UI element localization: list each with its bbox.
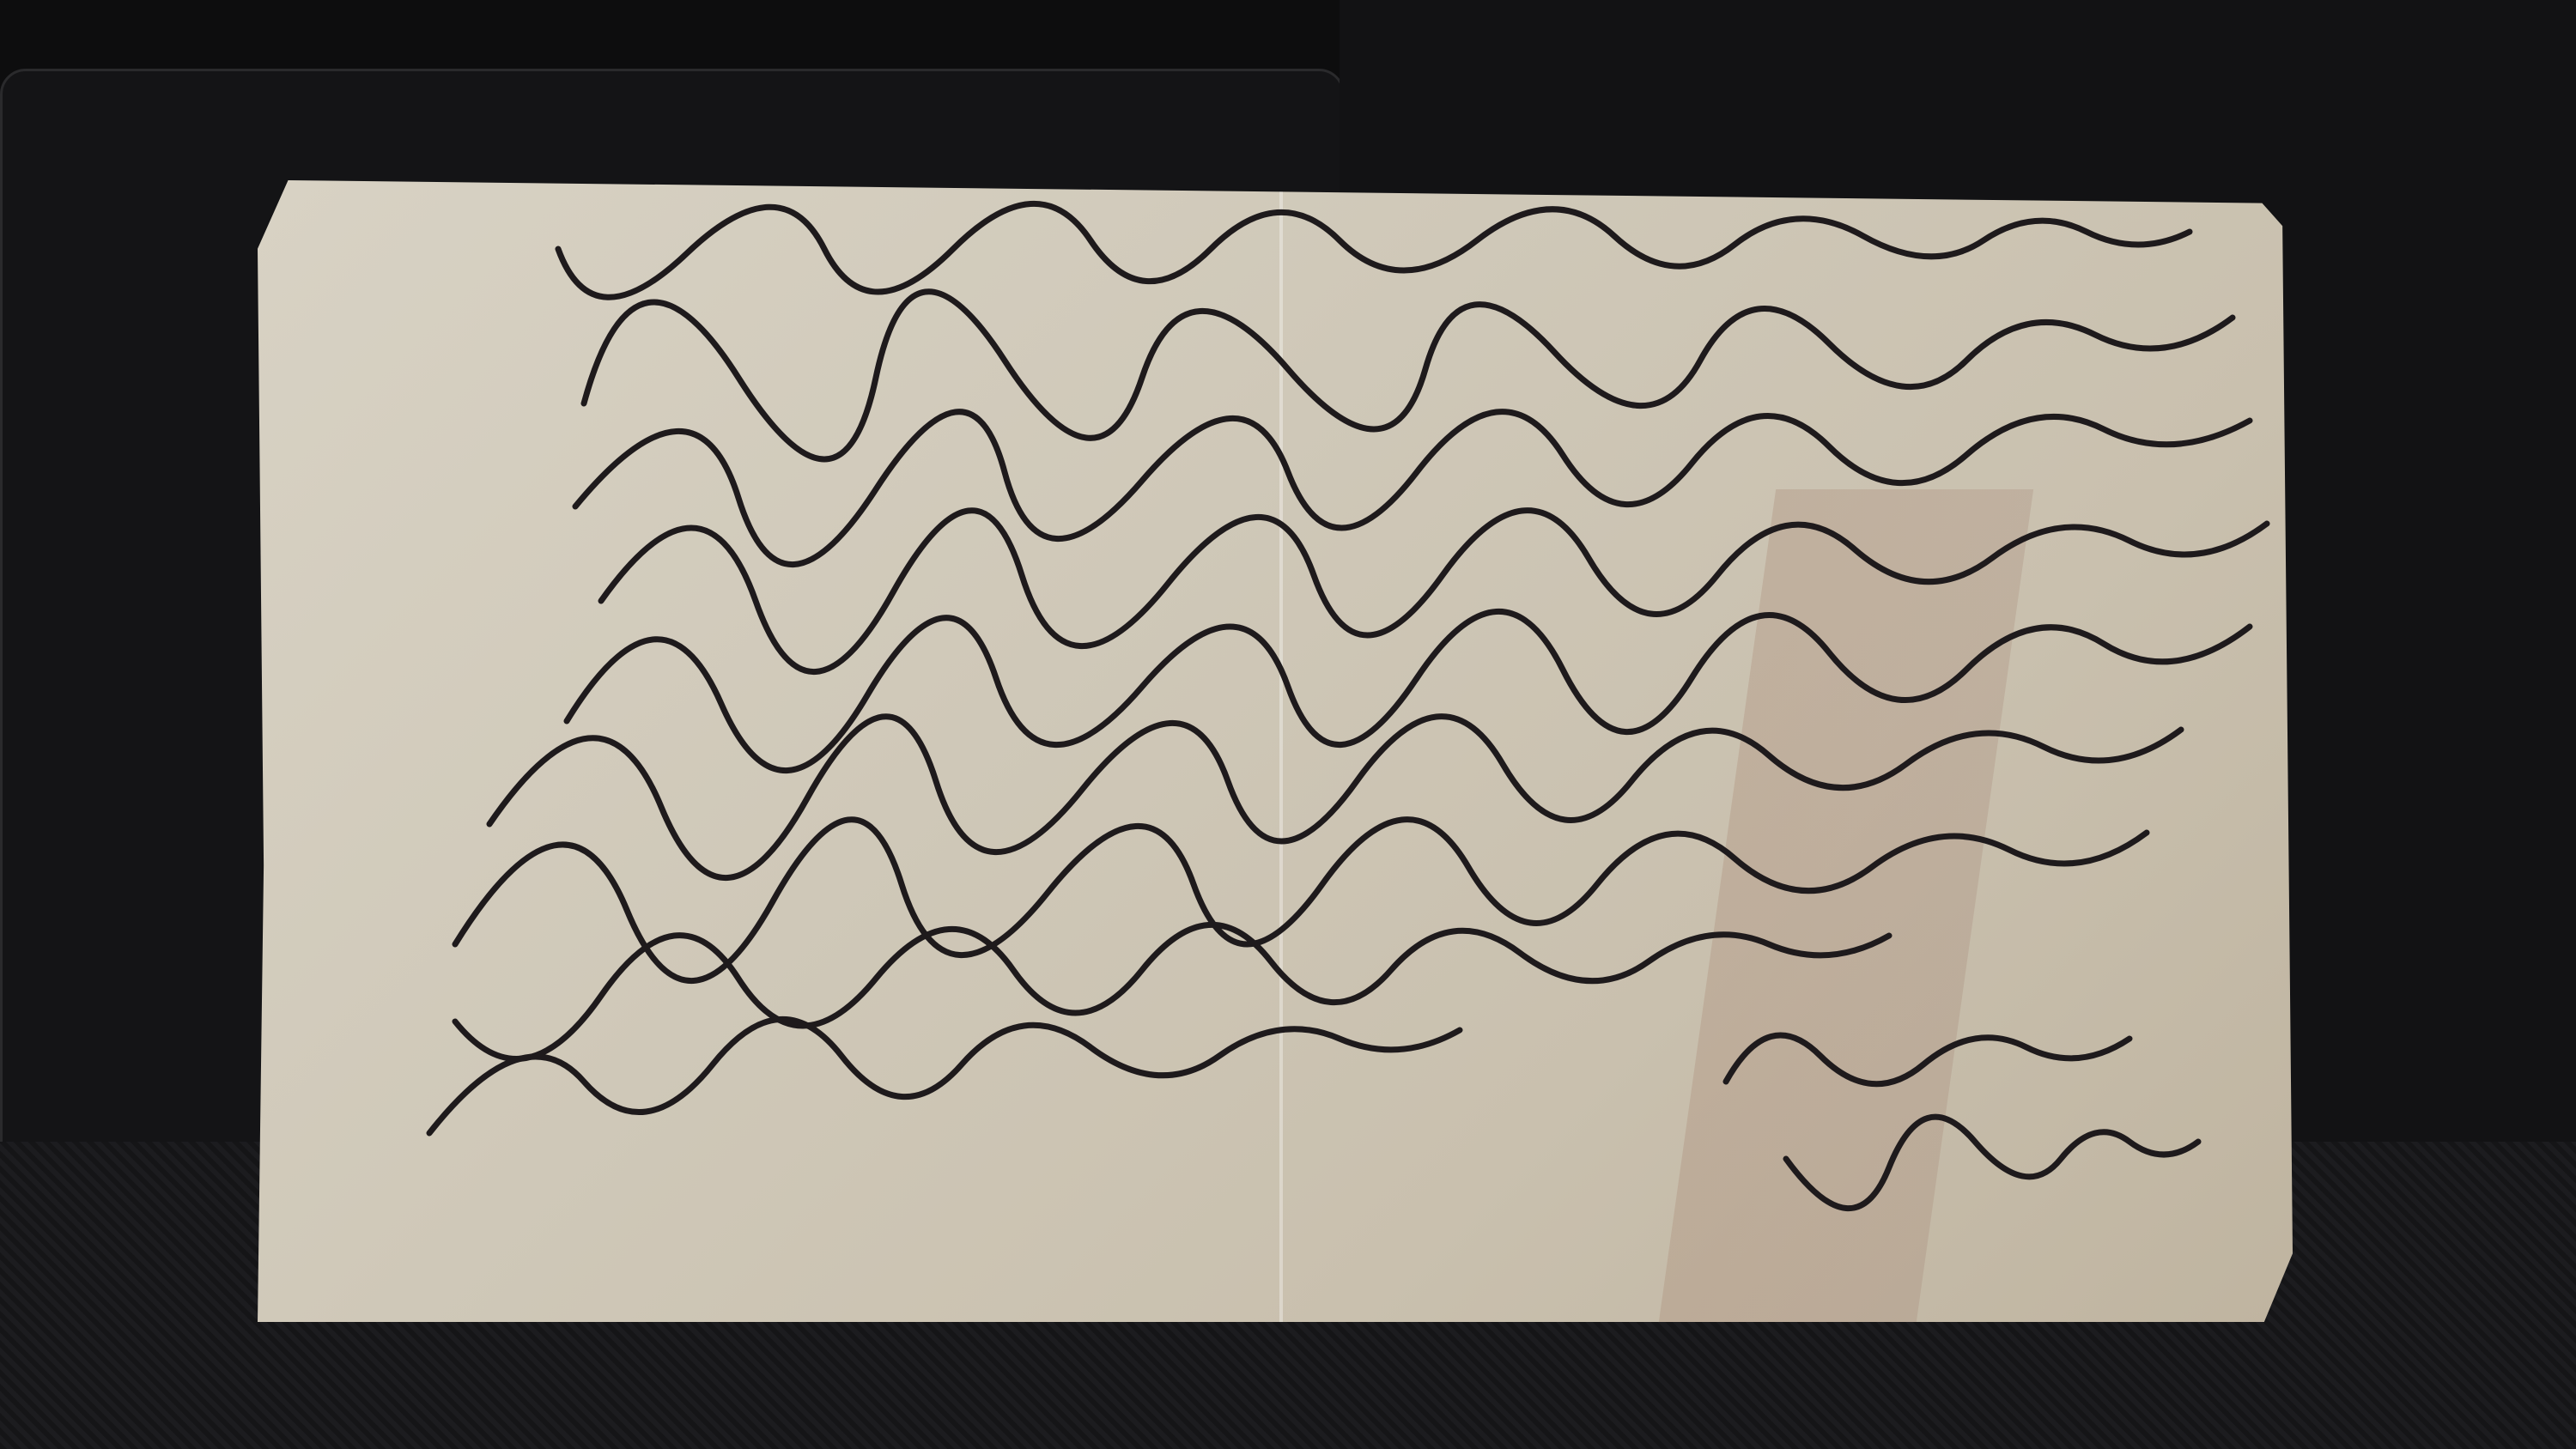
manuscript-card [258, 180, 2293, 1322]
handwriting-strokes [258, 180, 2293, 1322]
